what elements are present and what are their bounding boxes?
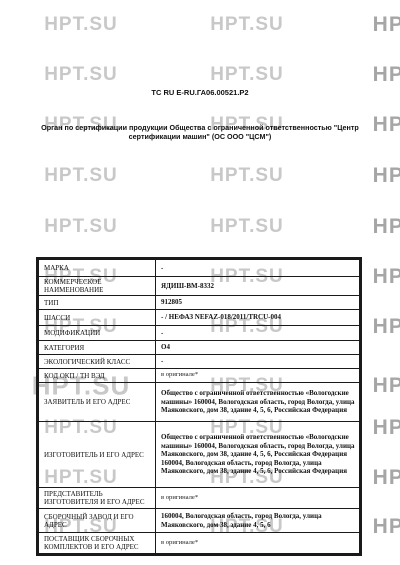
row-value: ЯДИШ-ВМ-8332 bbox=[156, 277, 360, 296]
row-value: 912805 bbox=[156, 296, 360, 310]
watermark-text: HPT.SU bbox=[373, 215, 400, 239]
row-label: ИЗГОТОВИТЕЛЬ И ЕГО АДРЕС bbox=[39, 422, 156, 488]
table-row: КОД ОКП / ТН ВЭДв оригинале* bbox=[39, 369, 360, 383]
row-value: в оригинале* bbox=[156, 369, 360, 383]
row-label: КАТЕГОРИЯ bbox=[39, 341, 156, 355]
watermark-text: HPT.SU bbox=[373, 164, 400, 188]
row-value: 160004, Вологодская область, город Волог… bbox=[156, 509, 360, 533]
row-label: КОД ОКП / ТН ВЭД bbox=[39, 369, 156, 383]
row-label: КОММЕРЧЕСКОЕ НАИМЕНОВАНИЕ bbox=[39, 277, 156, 296]
page: { "watermark": { "text": "HPT.SU", "colo… bbox=[0, 0, 400, 565]
row-label: ЗАЯВИТЕЛЬ И ЕГО АДРЕС bbox=[39, 383, 156, 422]
table-row: ШАССИ- / НЕФАЗ NEFAZ-018/2011/TRCU-004 bbox=[39, 310, 360, 326]
certificate-document: ТС RU E-RU.ГА06.00521.Р2 Орган по сертиф… bbox=[0, 88, 400, 141]
table-row: МОДИФИКАЦИИ- bbox=[39, 326, 360, 341]
watermark-text: HPT.SU bbox=[44, 64, 118, 86]
approval-number: ТС RU E-RU.ГА06.00521.Р2 bbox=[0, 88, 400, 97]
row-value: О4 bbox=[156, 341, 360, 355]
watermark-text: HPT.SU bbox=[373, 315, 400, 339]
watermark-text: HPT.SU bbox=[373, 416, 400, 440]
row-label: МАРКА bbox=[39, 260, 156, 277]
row-label: МОДИФИКАЦИИ bbox=[39, 326, 156, 341]
row-value: Общество с ограниченной ответственностью… bbox=[156, 422, 360, 488]
watermark-text: HPT.SU bbox=[210, 165, 284, 187]
table-row: КАТЕГОРИЯО4 bbox=[39, 341, 360, 355]
row-label: ПОСТАВЩИК СБОРОЧНЫХ КОМПЛЕКТОВ И ЕГО АДР… bbox=[39, 533, 156, 554]
table-row: СБОРОЧНЫЙ ЗАВОД И ЕГО АДРЕС160004, Волог… bbox=[39, 509, 360, 533]
table-row: ЗАЯВИТЕЛЬ И ЕГО АДРЕСОбщество с ограниче… bbox=[39, 383, 360, 422]
watermark-text: HPT.SU bbox=[373, 63, 400, 87]
watermark-text: HPT.SU bbox=[44, 165, 118, 187]
table-row: ЭКОЛОГИЧЕСКИЙ КЛАСС- bbox=[39, 355, 360, 369]
watermark-text: HPT.SU bbox=[373, 13, 400, 37]
row-value: - / НЕФАЗ NEFAZ-018/2011/TRCU-004 bbox=[156, 310, 360, 326]
spec-table: МАРКА-КОММЕРЧЕСКОЕ НАИМЕНОВАНИЕЯДИШ-ВМ-8… bbox=[38, 259, 360, 554]
row-label: ПРЕДСТАВИТЕЛЬ ИЗГОТОВИТЕЛЯ И ЕГО АДРЕС bbox=[39, 488, 156, 509]
watermark-text: HPT.SU bbox=[373, 515, 400, 539]
table-row: МАРКА- bbox=[39, 260, 360, 277]
row-label: СБОРОЧНЫЙ ЗАВОД И ЕГО АДРЕС bbox=[39, 509, 156, 533]
row-label: ТИП bbox=[39, 296, 156, 310]
row-value: в оригинале* bbox=[156, 533, 360, 554]
watermark-text: HPT.SU bbox=[44, 14, 118, 36]
spec-table-wrapper: МАРКА-КОММЕРЧЕСКОЕ НАИМЕНОВАНИЕЯДИШ-ВМ-8… bbox=[36, 257, 362, 556]
table-row: КОММЕРЧЕСКОЕ НАИМЕНОВАНИЕЯДИШ-ВМ-8332 bbox=[39, 277, 360, 296]
row-value: Общество с ограниченной ответственностью… bbox=[156, 383, 360, 422]
watermark-text: HPT.SU bbox=[373, 374, 400, 398]
table-row: ПОСТАВЩИК СБОРОЧНЫХ КОМПЛЕКТОВ И ЕГО АДР… bbox=[39, 533, 360, 554]
row-value: - bbox=[156, 355, 360, 369]
watermark-text: HPT.SU bbox=[210, 64, 284, 86]
row-value: в оригинале* bbox=[156, 488, 360, 509]
watermark-text: HPT.SU bbox=[210, 14, 284, 36]
table-row: ПРЕДСТАВИТЕЛЬ ИЗГОТОВИТЕЛЯ И ЕГО АДРЕСв … bbox=[39, 488, 360, 509]
watermark-text: HPT.SU bbox=[44, 216, 118, 238]
row-label: ШАССИ bbox=[39, 310, 156, 326]
row-label: ЭКОЛОГИЧЕСКИЙ КЛАСС bbox=[39, 355, 156, 369]
row-value: - bbox=[156, 260, 360, 277]
table-row: ИЗГОТОВИТЕЛЬ И ЕГО АДРЕСОбщество с огран… bbox=[39, 422, 360, 488]
table-row: ТИП912805 bbox=[39, 296, 360, 310]
watermark-text: HPT.SU bbox=[373, 466, 400, 490]
watermark-text: HPT.SU bbox=[373, 265, 400, 289]
row-value: - bbox=[156, 326, 360, 341]
certification-body-text: Орган по сертификации продукции Общества… bbox=[38, 123, 362, 141]
watermark-text: HPT.SU bbox=[210, 216, 284, 238]
